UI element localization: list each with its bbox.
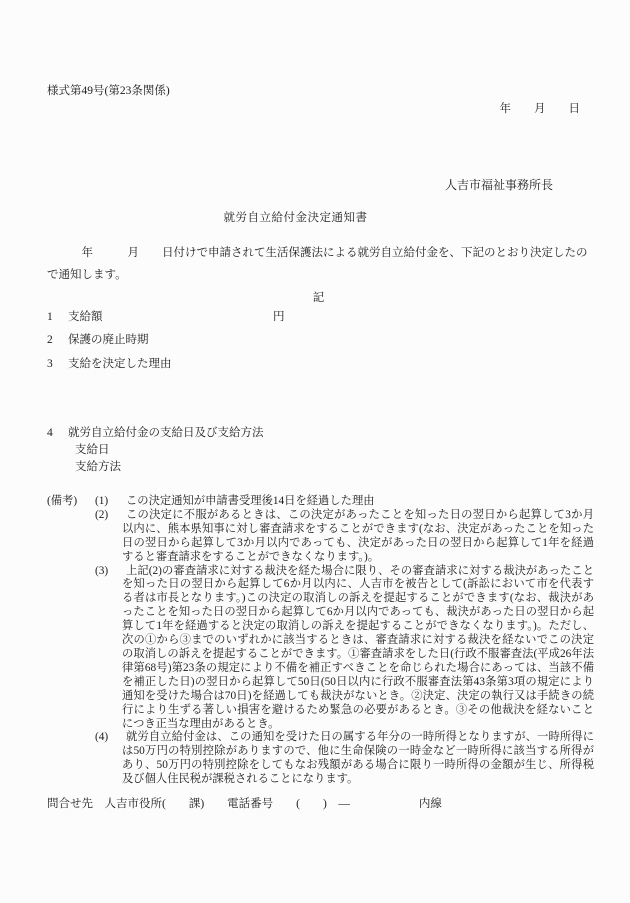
remark-item-3: (3) 上記(2)の審査請求に対する裁決を経た場合に限り、その審査請求に対する裁… xyxy=(95,565,594,732)
item-decision-reason: 3支給を決定した理由 xyxy=(47,355,590,371)
remark-text: 就労自立給付金は、この通知を受けた日の属する年分の一時所得となりますが、一時所得… xyxy=(122,731,594,787)
form-number: 様式第49号(第23条関係) xyxy=(47,82,170,98)
remarks-section: (備考) (1) この決定通知が申請書受理後14日を経過した理由 (2) この決… xyxy=(47,495,594,787)
yen-unit-label: 円 xyxy=(273,308,285,324)
document-title: 就労自立給付金決定通知書 xyxy=(47,209,544,225)
remark-text: 上記(2)の審査請求に対する裁決を経た場合に限り、その審査請求に対する裁決があっ… xyxy=(122,565,594,732)
remark-text: この決定通知が申請書受理後14日を経過した理由 xyxy=(122,495,594,509)
item-label: 支給額 xyxy=(68,311,103,323)
item-protection-end: 2保護の廃止時期 xyxy=(47,331,590,347)
notice-document-page: 様式第49号(第23条関係) 年 月 日 人吉市福祉事務所長 就労自立給付金決定… xyxy=(0,0,630,903)
item-payment-amount: 1支給額 円 xyxy=(47,308,590,324)
item-label: 保護の廃止時期 xyxy=(68,334,149,346)
item-number: 1 xyxy=(47,311,68,323)
inquiry-contact-line: 問合せ先 人吉市役所( 課) 電話番号 ( ) ― 内線 xyxy=(47,795,442,811)
remark-item-2: (2) この決定に不服があるときは、この決定があったことを知った日の翌日から起算… xyxy=(95,509,594,565)
item-label: 就労自立給付金の支給日及び支給方法 xyxy=(68,427,264,439)
item-number: 4 xyxy=(47,427,68,439)
remark-number: (2) xyxy=(95,509,122,523)
remark-number: (1) xyxy=(95,495,122,509)
remark-number: (3) xyxy=(95,565,122,579)
date-line: 年 月 日 xyxy=(0,100,580,116)
issuer-name: 人吉市福祉事務所長 xyxy=(0,176,553,193)
remark-item-4: (4) 就労自立給付金は、この通知を受けた日の属する年分の一時所得となりますが、… xyxy=(95,731,594,787)
remark-item-1: (1) この決定通知が申請書受理後14日を経過した理由 xyxy=(95,495,594,509)
remarks-label: (備考) xyxy=(47,495,95,509)
item-number: 2 xyxy=(47,334,68,346)
intro-paragraph: 年 月 日付けで申請されて生活保護法による就労自立給付金を、下記のとおり決定した… xyxy=(47,242,592,286)
sub-item-payment-date: 支給日 xyxy=(75,441,110,457)
item-payment-date-method: 4就労自立給付金の支給日及び支給方法 xyxy=(47,424,590,440)
intro-line-1: 年 月 日付けで申請されて生活保護法による就労自立給付金を、下記のとおり決定した… xyxy=(47,242,592,264)
remarks-items: (1) この決定通知が申請書受理後14日を経過した理由 (2) この決定に不服が… xyxy=(95,495,594,787)
sub-item-payment-method: 支給方法 xyxy=(75,458,121,474)
item-label: 支給を決定した理由 xyxy=(68,358,172,370)
remark-number: (4) xyxy=(95,731,122,745)
item-number: 3 xyxy=(47,358,68,370)
intro-line-2: で通知します。 xyxy=(47,264,592,286)
ki-separator: 記 xyxy=(47,289,590,305)
remark-text: この決定に不服があるときは、この決定があったことを知った日の翌日から起算して3か… xyxy=(122,509,594,565)
